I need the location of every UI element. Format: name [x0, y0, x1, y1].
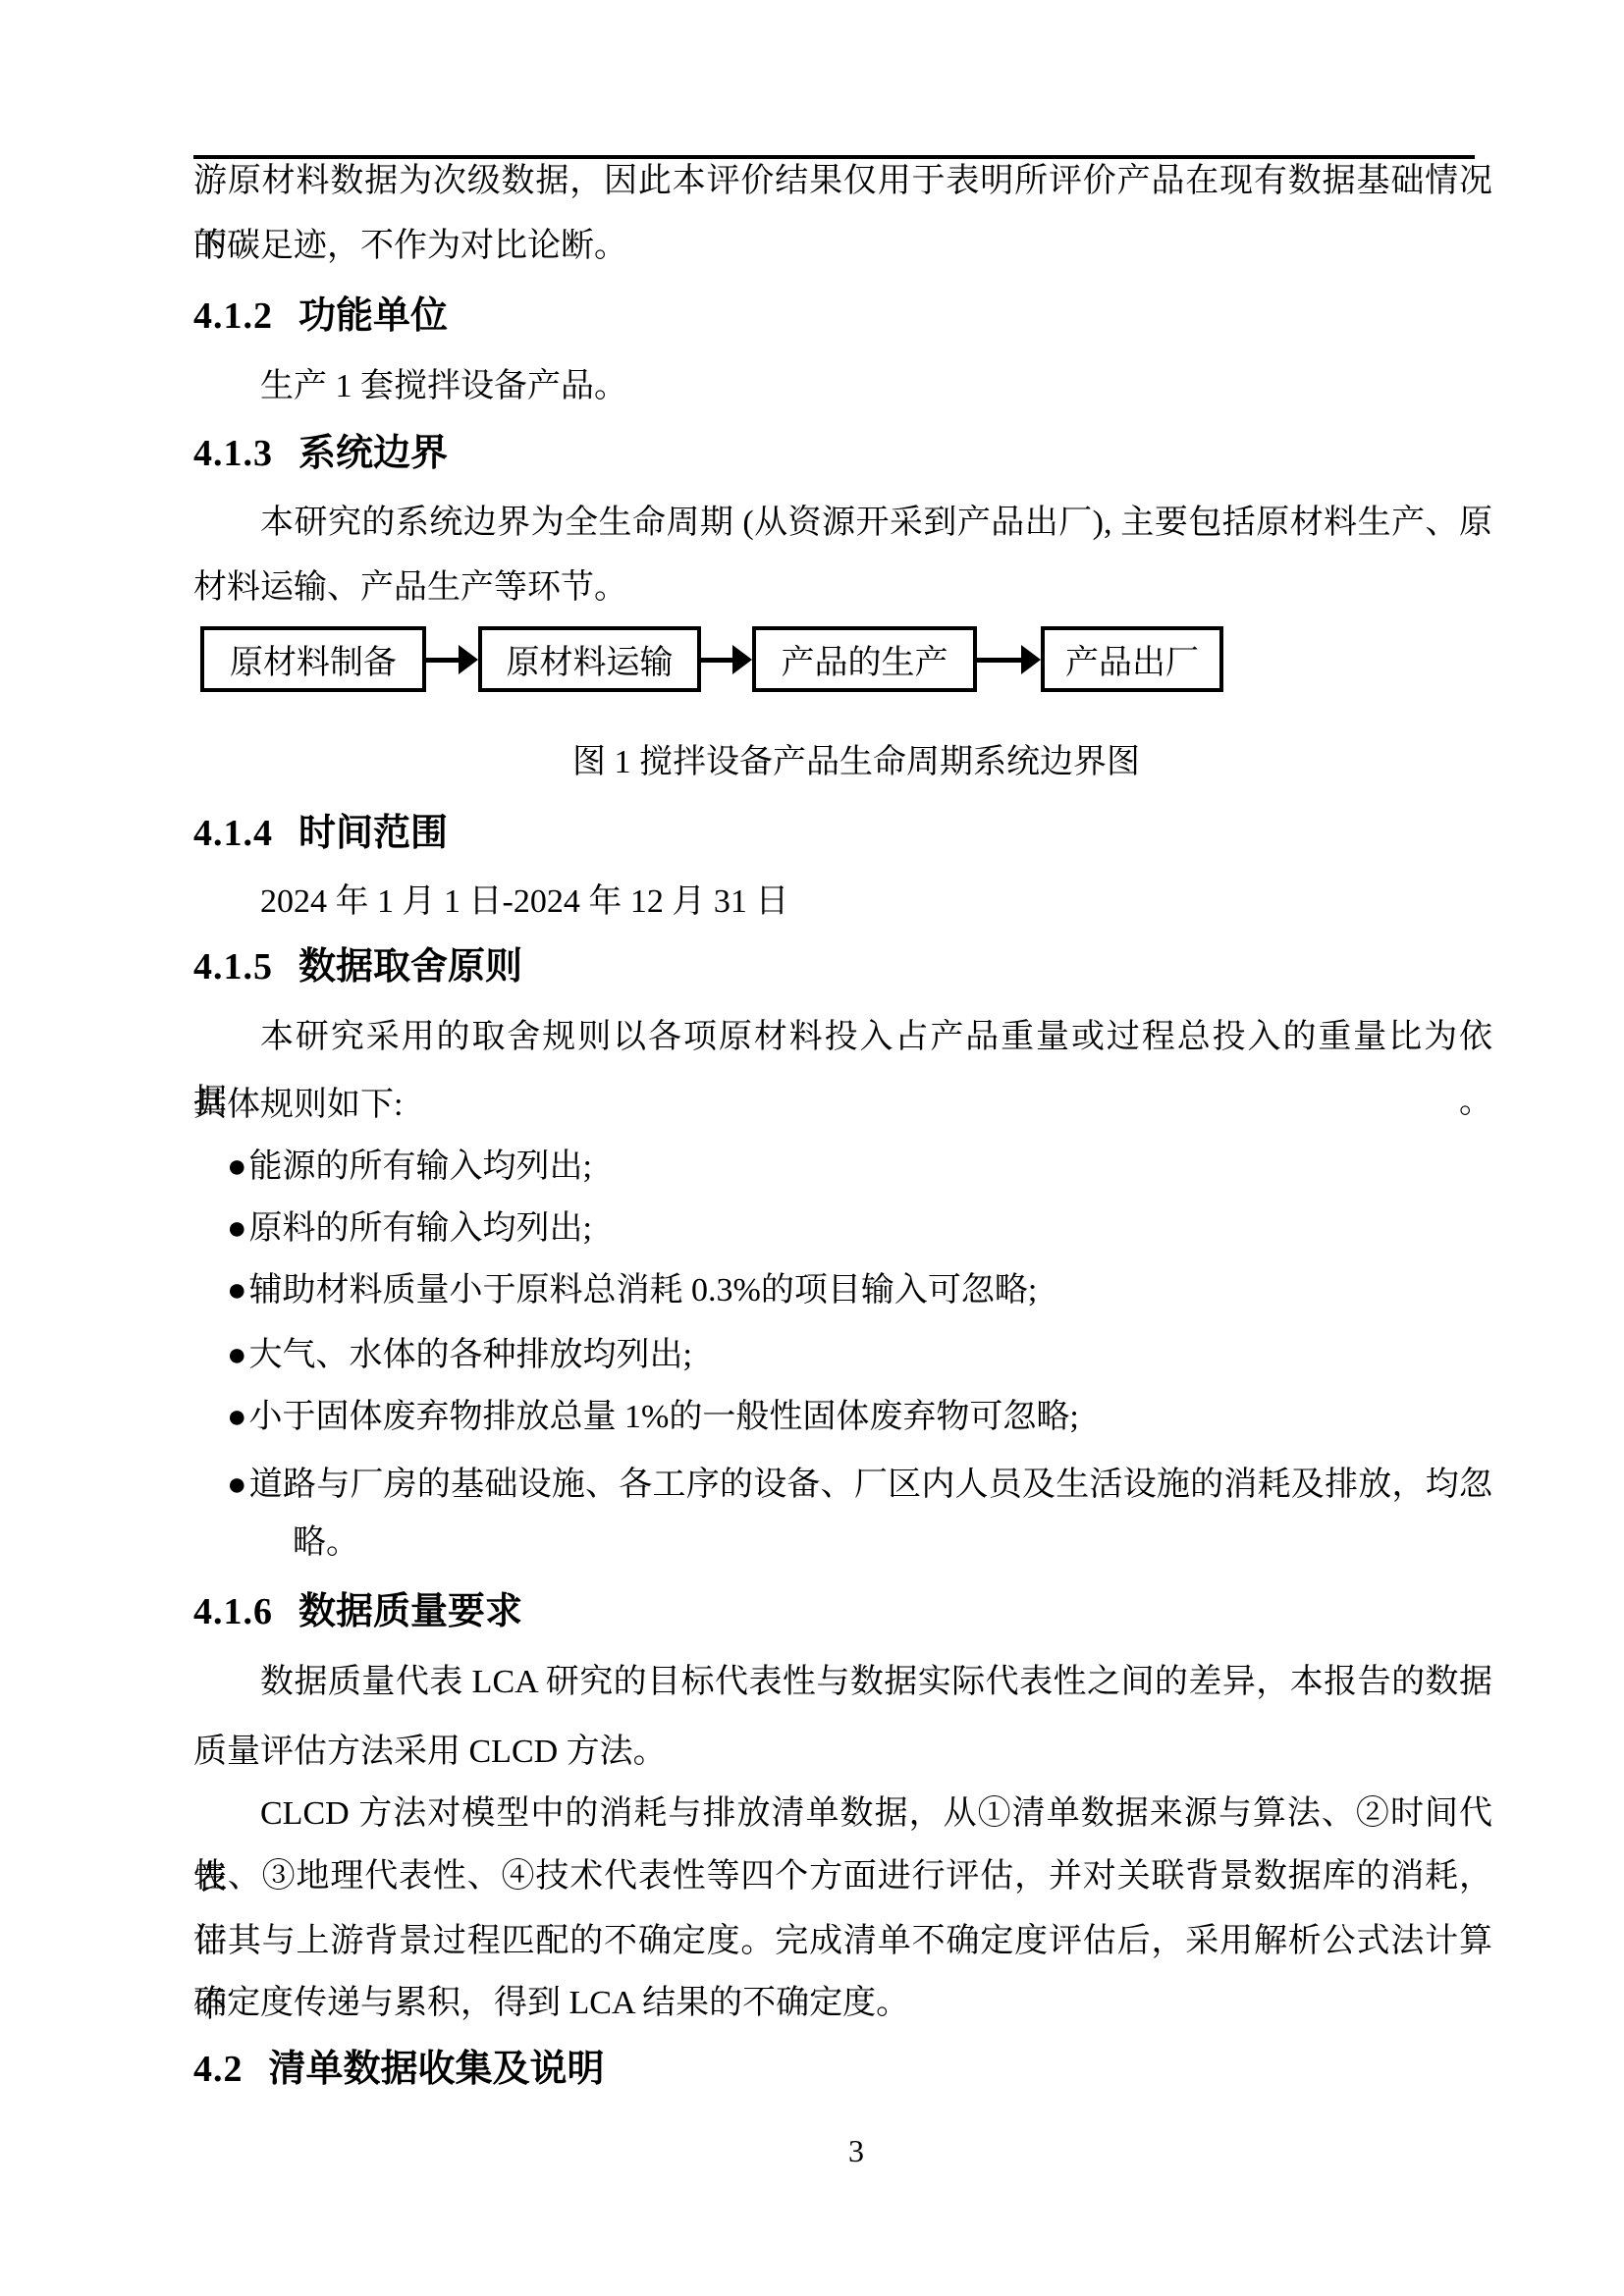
- heading-4-1-5-number: 4.1.5: [193, 946, 273, 988]
- cutoff-rule-line-1: 本研究采用的取舍规则以各项原材料投入占产品重量或过程总投入的重量比为依据。: [193, 1005, 1492, 1070]
- list-item: ●小于固体废弃物排放总量 1%的一般性固体废弃物可忽略;: [227, 1385, 1492, 1450]
- list-item: ●能源的所有输入均列出;: [227, 1135, 1492, 1200]
- heading-4-1-4: 4.1.4时间范围: [193, 799, 1492, 868]
- figure-caption: 图 1 搅拌设备产品生命周期系统边界图: [193, 730, 1519, 795]
- heading-4-2: 4.2清单数据收集及说明: [193, 2035, 1492, 2104]
- data-quality-p1-line-2: 质量评估方法采用 CLCD 方法。: [193, 1720, 1492, 1785]
- data-quality-p2-line-3: 估其与上游背景过程匹配的不确定度。完成清单不确定度评估后，采用解析公式法计算不: [193, 1909, 1492, 1974]
- heading-4-1-3-number: 4.1.3: [193, 433, 273, 474]
- bullet-icon: ●: [227, 1337, 247, 1373]
- bullet-icon: ●: [227, 1210, 247, 1247]
- heading-4-2-number: 4.2: [193, 2049, 244, 2090]
- arrow-shaft: [701, 658, 734, 663]
- heading-4-1-4-title: 时间范围: [298, 813, 448, 854]
- list-item: ●原料的所有输入均列出;: [227, 1197, 1492, 1261]
- list-item: ●辅助材料质量小于原料总消耗 0.3%的项目输入可忽略;: [227, 1258, 1492, 1323]
- flow-box-product-production: 产品的生产: [752, 626, 977, 692]
- arrow-shaft: [425, 658, 460, 663]
- bullet-icon: ●: [227, 1272, 247, 1308]
- functional-unit-text: 生产 1 套搅拌设备产品。: [193, 354, 1492, 419]
- data-quality-p1-line-1: 数据质量代表 LCA 研究的目标代表性与数据实际代表性之间的差异，本报告的数据: [193, 1650, 1492, 1715]
- flow-box-label: 产品出厂: [1065, 635, 1199, 683]
- data-quality-p2-line-1: CLCD 方法对模型中的消耗与排放清单数据，从①清单数据来源与算法、②时间代表: [193, 1782, 1492, 1846]
- bullet-icon: ●: [227, 1467, 247, 1503]
- list-item-continuation: 略。: [293, 1511, 1592, 1575]
- heading-4-1-2-title: 功能单位: [298, 295, 448, 337]
- bullet-icon: ●: [227, 1399, 247, 1435]
- heading-4-1-3: 4.1.3系统边界: [193, 419, 1492, 488]
- list-item-text: 小于固体废弃物排放总量 1%的一般性固体废弃物可忽略;: [249, 1399, 1079, 1435]
- heading-4-1-5-title: 数据取舍原则: [298, 946, 522, 988]
- list-item: ●大气、水体的各种排放均列出;: [227, 1323, 1492, 1388]
- data-quality-p2-line-4: 确定度传递与累积，得到 LCA 结果的不确定度。: [193, 1971, 1492, 2036]
- list-item: ●道路与厂房的基础设施、各工序的设备、厂区内人员及生活设施的消耗及排放，均忽: [227, 1453, 1492, 1518]
- time-range-text: 2024 年 1 月 1 日-2024 年 12 月 31 日: [193, 870, 1492, 934]
- arrow-head: [732, 645, 752, 674]
- intro-line-2: 的碳足迹，不作为对比论断。: [193, 214, 1492, 279]
- flow-box-label: 原材料运输: [507, 635, 674, 683]
- arrow-shaft: [977, 658, 1023, 663]
- arrow-right-icon: [701, 645, 752, 674]
- heading-4-1-3-title: 系统边界: [298, 433, 448, 474]
- heading-4-2-title: 清单数据收集及说明: [269, 2049, 605, 2090]
- flow-box-label: 原材料制备: [230, 635, 397, 683]
- arrow-head: [459, 645, 478, 674]
- flow-box-raw-material-preparation: 原材料制备: [200, 626, 426, 692]
- list-item-text: 原料的所有输入均列出;: [249, 1210, 592, 1247]
- cutoff-rule-line-2: 具体规则如下:: [193, 1073, 1492, 1138]
- heading-4-1-2-number: 4.1.2: [193, 295, 273, 337]
- flow-box-product-shipment: 产品出厂: [1041, 626, 1223, 692]
- arrow-right-icon: [977, 645, 1041, 674]
- bullet-icon: ●: [227, 1148, 247, 1185]
- heading-4-1-4-number: 4.1.4: [193, 813, 273, 854]
- system-boundary-line-1: 本研究的系统边界为全生命周期 (从资源开采到产品出厂), 主要包括原材料生产、原: [193, 491, 1492, 556]
- system-boundary-line-2: 材料运输、产品生产等环节。: [193, 556, 1492, 620]
- heading-4-1-6: 4.1.6数据质量要求: [193, 1577, 1492, 1646]
- list-item-text: 能源的所有输入均列出;: [249, 1148, 592, 1185]
- page-number: 3: [193, 2118, 1519, 2183]
- arrow-right-icon: [425, 645, 478, 674]
- heading-4-1-6-number: 4.1.6: [193, 1591, 273, 1632]
- flow-box-label: 产品的生产: [782, 635, 948, 683]
- arrow-head: [1021, 645, 1041, 674]
- intro-line-1: 游原材料数据为次级数据，因此本评价结果仅用于表明所评价产品在现有数据基础情况下: [193, 149, 1492, 214]
- heading-4-1-6-title: 数据质量要求: [298, 1591, 522, 1632]
- list-item-text: 辅助材料质量小于原料总消耗 0.3%的项目输入可忽略;: [249, 1272, 1038, 1308]
- data-quality-p2-line-2: 性、③地理代表性、④技术代表性等四个方面进行评估，并对关联背景数据库的消耗，评: [193, 1844, 1492, 1909]
- heading-4-1-2: 4.1.2功能单位: [193, 282, 1492, 350]
- heading-4-1-5: 4.1.5数据取舍原则: [193, 933, 1492, 1001]
- list-item-text: 道路与厂房的基础设施、各工序的设备、厂区内人员及生活设施的消耗及排放，均忽: [249, 1467, 1492, 1503]
- flow-box-raw-material-transport: 原材料运输: [478, 626, 701, 692]
- list-item-text: 大气、水体的各种排放均列出;: [249, 1337, 692, 1373]
